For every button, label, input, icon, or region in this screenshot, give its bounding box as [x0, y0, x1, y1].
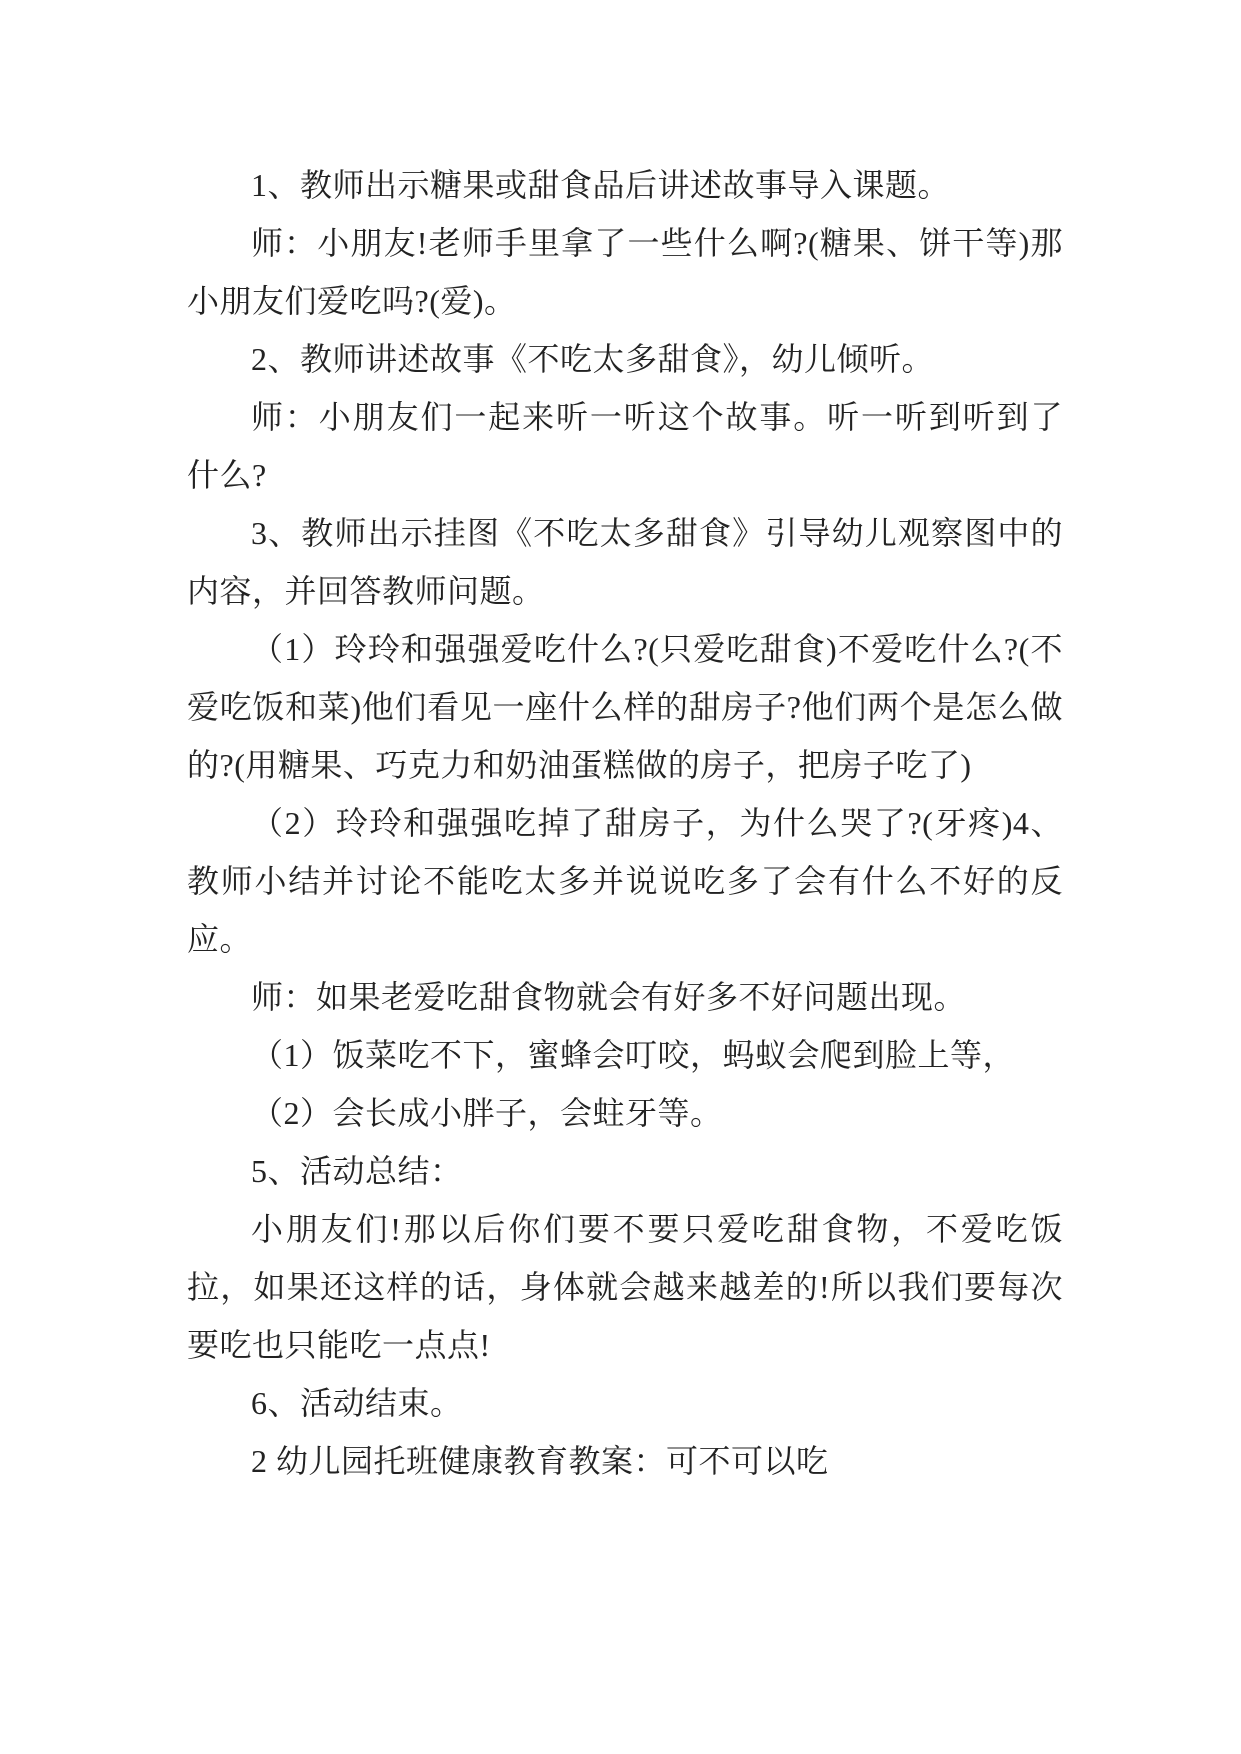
paragraph-teacher-line-2: 师：小朋友们一起来听一听这个故事。听一听到听到了什么? — [187, 388, 1063, 504]
paragraph-consequence-1: （1）饭菜吃不下，蜜蜂会叮咬，蚂蚁会爬到脸上等， — [187, 1026, 1063, 1084]
paragraph-summary: 小朋友们!那以后你们要不要只爱吃甜食物，不爱吃饭拉，如果还这样的话，身体就会越来… — [187, 1200, 1063, 1374]
paragraph-step6: 6、活动结束。 — [187, 1374, 1063, 1432]
document-text-area: 1、教师出示糖果或甜食品后讲述故事导入课题。 师：小朋友!老师手里拿了一些什么啊… — [187, 156, 1063, 1490]
paragraph-teacher-line-1: 师：小朋友!老师手里拿了一些什么啊?(糖果、饼干等)那小朋友们爱吃吗?(爱)。 — [187, 214, 1063, 330]
paragraph-teacher-line-3: 师：如果老爱吃甜食物就会有好多不好问题出现。 — [187, 968, 1063, 1026]
paragraph-step5: 5、活动总结： — [187, 1142, 1063, 1200]
paragraph-consequence-2: （2）会长成小胖子，会蛀牙等。 — [187, 1084, 1063, 1142]
paragraph-question-1: （1）玲玲和强强爱吃什么?(只爱吃甜食)不爱吃什么?(不爱吃饭和菜)他们看见一座… — [187, 620, 1063, 794]
paragraph-question-2: （2）玲玲和强强吃掉了甜房子，为什么哭了?(牙疼)4、教师小结并讨论不能吃太多并… — [187, 794, 1063, 968]
paragraph-step3: 3、教师出示挂图《不吃太多甜食》引导幼儿观察图中的内容，并回答教师问题。 — [187, 504, 1063, 620]
document-page: 1、教师出示糖果或甜食品后讲述故事导入课题。 师：小朋友!老师手里拿了一些什么啊… — [0, 0, 1241, 1754]
paragraph-step2: 2、教师讲述故事《不吃太多甜食》，幼儿倾听。 — [187, 330, 1063, 388]
paragraph-section2-title: 2 幼儿园托班健康教育教案：可不可以吃 — [187, 1432, 1063, 1490]
paragraph-step1: 1、教师出示糖果或甜食品后讲述故事导入课题。 — [187, 156, 1063, 214]
